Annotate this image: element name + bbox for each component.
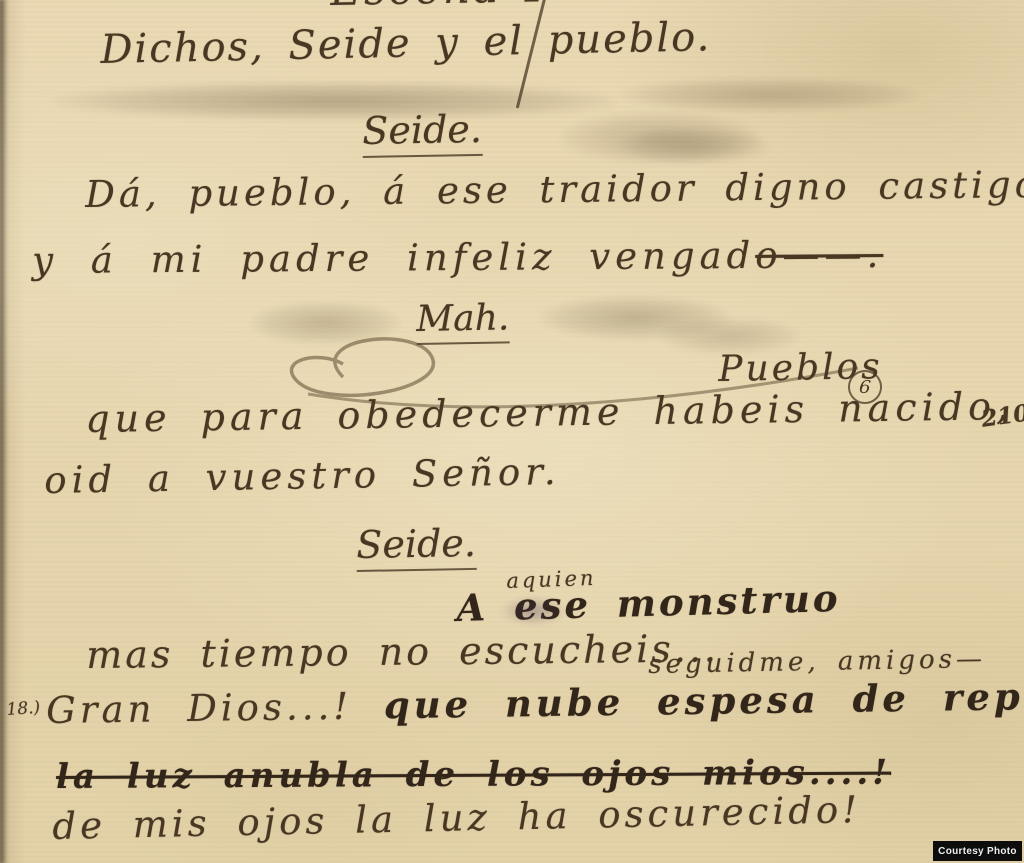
ink-smudge: [620, 128, 770, 164]
verse-text: y á mi padre infeliz vengad: [32, 234, 755, 282]
ink-smudge: [620, 78, 920, 112]
revision-phrase: A ese monstruo: [456, 580, 841, 627]
verse-line: oid a vuestro Señor.: [44, 453, 561, 499]
verse-text-retraced: que nube espesa de repente: [383, 673, 1024, 727]
verse-line: que para obedecerme habeis nacido,: [85, 387, 1013, 438]
speaker-label: Seide.: [362, 107, 482, 158]
verse-line: Dá, pueblo, á ese traidor digno castigo,: [85, 166, 1024, 213]
speaker-name-seide-2: Seide.: [356, 524, 476, 564]
ink-smudge: [55, 82, 615, 120]
verse-line: y á mi padre infeliz vengado——.: [32, 236, 883, 279]
speaker-name-seide-1: Seide.: [362, 110, 482, 150]
verse-line: mas tiempo no escucheis...: [86, 629, 719, 674]
verse-line-continuation: seguidme, amigos—: [648, 646, 986, 678]
manuscript-page: Escena 4 Dichos, Seide y el pueblo. Seid…: [0, 0, 1024, 863]
scene-heading-clipped: Escena 4: [330, 0, 547, 12]
struck-verse-line: la luz anubla de los ojos mios....!: [56, 756, 891, 794]
revision-struck-part: A ese: [456, 582, 592, 630]
struck-text: o——.: [755, 233, 883, 277]
margin-note: 18.): [6, 700, 41, 719]
courtesy-watermark: Courtesy Photo: [933, 841, 1022, 861]
revision-kept-part: monstruo: [616, 576, 841, 626]
stage-direction: Dichos, Seide y el pueblo.: [100, 17, 712, 70]
verse-line: de mis ojos la luz ha oscurecido!: [52, 791, 861, 845]
verse-text: Gran Dios...!: [46, 685, 352, 732]
verse-line: Gran Dios...! que nube espesa de repente: [46, 677, 1024, 729]
verse-number: 210: [980, 401, 1024, 430]
page-edge-shadow: [0, 0, 7, 863]
ink-smudge: [560, 112, 760, 164]
speaker-label: Seide.: [356, 521, 476, 572]
